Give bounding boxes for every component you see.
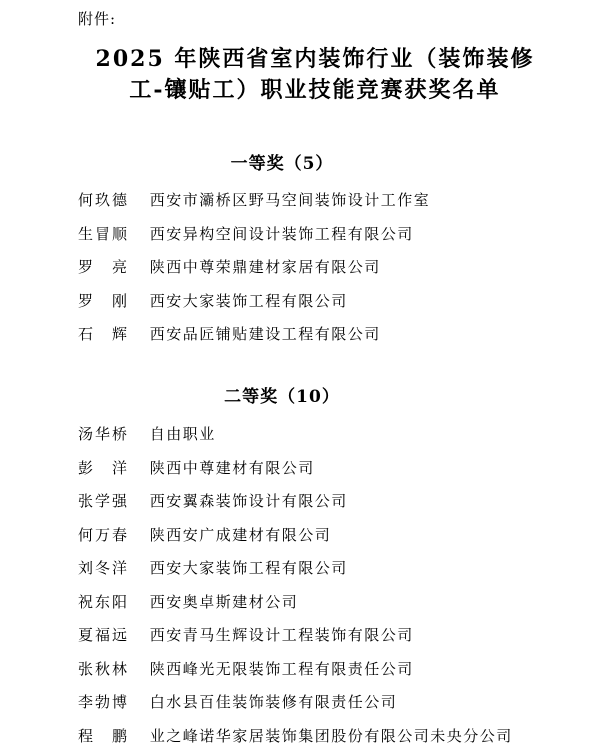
winner-name: 张学强 (78, 491, 127, 511)
award-row: 石辉 西安品匠铺贴建设工程有限公司 (78, 324, 600, 344)
award-row: 汤华桥 自由职业 (78, 424, 600, 444)
award-row: 何万春 陕西安广成建材有限公司 (78, 525, 600, 545)
award-row: 张秋林 陕西峰光无限装饰工程有限责任公司 (78, 659, 600, 679)
award-row: 何玖德 西安市灞桥区野马空间装饰设计工作室 (78, 190, 600, 210)
award-row: 罗刚 西安大家装饰工程有限公司 (78, 291, 600, 311)
winner-organization: 西安青马生辉设计工程装饰有限公司 (150, 625, 414, 645)
winner-name: 刘冬洋 (78, 558, 127, 578)
document-title-line1: 2025 年陕西省室内装饰行业（装饰装修 (30, 44, 600, 75)
winner-organization: 西安品匠铺贴建设工程有限公司 (150, 324, 381, 344)
document-title-line2: 工-镶贴工）职业技能竞赛获奖名单 (30, 75, 600, 106)
second-prize-heading: 二等奖（10） (0, 386, 600, 408)
award-row: 彭洋 陕西中尊建材有限公司 (78, 458, 600, 478)
attachment-label: 附件: (78, 9, 116, 29)
winner-organization: 西安奥卓斯建材公司 (150, 592, 299, 612)
winner-organization: 陕西安广成建材有限公司 (150, 525, 332, 545)
winner-organization: 西安市灞桥区野马空间装饰设计工作室 (150, 190, 431, 210)
award-row: 生冒顺 西安异构空间设计装饰工程有限公司 (78, 224, 600, 244)
award-row: 刘冬洋 西安大家装饰工程有限公司 (78, 558, 600, 578)
award-row: 夏福远 西安青马生辉设计工程装饰有限公司 (78, 625, 600, 645)
award-row: 李勃博 白水县百佳装饰装修有限责任公司 (78, 692, 600, 712)
award-row: 张学强 西安翼森装饰设计有限公司 (78, 491, 600, 511)
winner-name: 李勃博 (78, 692, 127, 712)
winner-name: 石辉 (78, 324, 127, 344)
first-prize-heading: 一等奖（5） (0, 153, 600, 175)
winner-name: 汤华桥 (78, 424, 127, 444)
winner-name: 何万春 (78, 525, 127, 545)
winner-organization: 西安翼森装饰设计有限公司 (150, 491, 348, 511)
winner-name: 生冒顺 (78, 224, 127, 244)
winner-name: 张秋林 (78, 659, 127, 679)
winner-organization: 自由职业 (150, 424, 216, 444)
winner-organization: 西安大家装饰工程有限公司 (150, 558, 348, 578)
award-row: 祝东阳 西安奥卓斯建材公司 (78, 592, 600, 612)
award-row: 罗亮 陕西中尊荣鼎建材家居有限公司 (78, 257, 600, 277)
winner-name: 彭洋 (78, 458, 127, 478)
winner-name: 程鹏 (78, 726, 127, 746)
award-document: 附件: 2025 年陕西省室内装饰行业（装饰装修 工-镶贴工）职业技能竞赛获奖名… (0, 0, 600, 750)
winner-organization: 陕西峰光无限装饰工程有限责任公司 (150, 659, 414, 679)
winner-organization: 陕西中尊荣鼎建材家居有限公司 (150, 257, 381, 277)
winner-organization: 陕西中尊建材有限公司 (150, 458, 315, 478)
winner-organization: 西安异构空间设计装饰工程有限公司 (150, 224, 414, 244)
winner-organization: 白水县百佳装饰装修有限责任公司 (150, 692, 398, 712)
award-row: 程鹏 业之峰诺华家居装饰集团股份有限公司未央分公司 (78, 726, 600, 746)
winner-name: 罗亮 (78, 257, 127, 277)
winner-name: 何玖德 (78, 190, 127, 210)
document-title: 2025 年陕西省室内装饰行业（装饰装修 工-镶贴工）职业技能竞赛获奖名单 (0, 44, 600, 106)
winner-name: 祝东阳 (78, 592, 127, 612)
winner-name: 罗刚 (78, 291, 127, 311)
winner-organization: 西安大家装饰工程有限公司 (150, 291, 348, 311)
winner-name: 夏福远 (78, 625, 127, 645)
winner-organization: 业之峰诺华家居装饰集团股份有限公司未央分公司 (150, 726, 513, 746)
